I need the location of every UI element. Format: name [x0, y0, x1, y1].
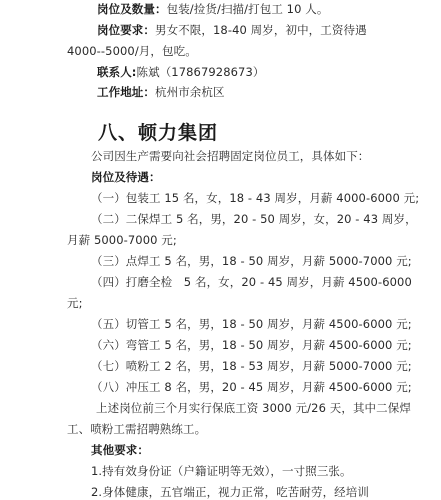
section-title: 八、顿力集团 — [98, 118, 218, 145]
position-item-cont: 月薪 5000-7000 元; — [67, 233, 177, 247]
position-item: （四）打磨全检 5 名，女，20 - 45 周岁，月薪 4500-6000 — [91, 275, 412, 289]
requirements-line: 岗位要求：男女不限，18-40 周岁，初中，工资待遇 — [97, 23, 367, 37]
other-requirement-item: 1.持有效身份证（户籍证明等无效），一寸照三张。 — [91, 464, 352, 478]
positions-heading: 岗位及待遇： — [91, 170, 161, 184]
value: 陈斌（17867928673） — [137, 65, 265, 79]
position-item-cont: 元; — [67, 296, 83, 310]
position-item: （七）喷粉工 2 名，男，18 - 53 周岁，月薪 5000-7000 元; — [91, 359, 412, 373]
note-text-cont: 工、喷粉工需招聘熟练工。 — [67, 422, 206, 436]
requirements-line-cont: 4000--5000/月，包吃。 — [67, 44, 197, 58]
position-item: （六）弯管工 5 名，男，18 - 50 周岁，月薪 4500-6000 元; — [91, 338, 412, 352]
contact-line: 联系人:陈斌（17867928673） — [97, 65, 264, 79]
label: 岗位及数量： — [97, 2, 167, 16]
address-line: 工作地址：杭州市余杭区 — [97, 85, 225, 99]
position-item: （一）包装工 15 名，女，18 - 43 周岁，月薪 4000-6000 元; — [91, 191, 419, 205]
value: 杭州市余杭区 — [155, 85, 225, 99]
note-text: 上述岗位前三个月实行保底工资 3000 元/26 天，其中二保焊 — [96, 401, 411, 415]
position-item: （八）冲压工 8 名，男，20 - 45 周岁，月薪 4500-6000 元; — [91, 380, 412, 394]
label: 联系人: — [97, 65, 137, 79]
position-item: （二）二保焊工 5 名，男，20 - 50 周岁，女，20 - 43 周岁， — [91, 212, 417, 226]
label: 岗位要求： — [97, 23, 155, 37]
other-requirement-item: 2.身体健康，五官端正，视力正常，吃苦耐劳，经培训 — [91, 485, 369, 499]
position-item: （三）点焊工 5 名，男，18 - 50 周岁，月薪 5000-7000 元; — [91, 254, 412, 268]
position-item: （五）切管工 5 名，男，18 - 50 周岁，月薪 4500-6000 元; — [91, 317, 412, 331]
value: 男女不限，18-40 周岁，初中，工资待遇 — [155, 23, 367, 37]
other-requirements-heading: 其他要求： — [91, 443, 149, 457]
value: 包装/捡货/扫描/打包工 10 人。 — [167, 2, 329, 16]
intro-text: 公司因生产需要向社会招聘固定岗位员工，具体如下： — [91, 149, 369, 163]
positions-count-line: 岗位及数量：包装/捡货/扫描/打包工 10 人。 — [97, 2, 328, 16]
label: 工作地址： — [97, 85, 155, 99]
